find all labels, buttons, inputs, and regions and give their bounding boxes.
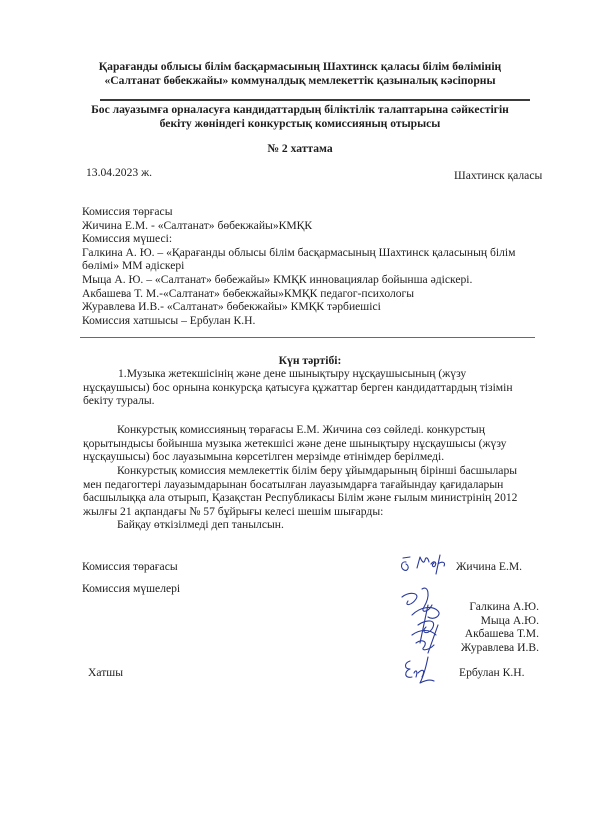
chair-label: Комиссия төрағасы	[82, 560, 178, 574]
member-name: Галкина А.Ю.	[445, 600, 539, 614]
agenda-item: 1.Музыка жетекшісінің және дене шынықтыр…	[83, 367, 513, 408]
commission-line: Комиссия хатшысы – Ербулан К.Н.	[82, 314, 515, 328]
paragraph-line: басшылыққа ала отырып, Қазақстан Республ…	[83, 491, 517, 505]
paragraph-line: қорытындысы бойынша музыка жетекшісі жән…	[83, 437, 506, 451]
secretary-name: Ербулан К.Н.	[459, 666, 525, 680]
member-name: Мыца А.Ю.	[445, 614, 539, 628]
commission-line: бөлімі» ММ әдіскері	[82, 259, 515, 273]
protocol-number: № 2 хаттама	[0, 142, 600, 156]
paragraph-line: Конкурстық комиссияның төрағасы Е.М. Жич…	[83, 423, 506, 437]
chair-signature-icon	[398, 552, 454, 578]
section-divider	[80, 337, 535, 338]
org-name-line-1: Қарағанды облысы білім басқармасының Шах…	[0, 60, 600, 74]
agenda-line: 1.Музыка жетекшісінің және дене шынықтыр…	[83, 367, 513, 381]
agenda-line: бекіту туралы.	[83, 394, 513, 408]
agenda-heading: Күн тәртібі:	[80, 354, 540, 368]
secretary-label: Хатшы	[88, 666, 123, 680]
paragraph-line: нұсқаушысы) бос лауазымына көрсетілген м…	[83, 450, 506, 464]
member-name: Акбашева Т.М.	[445, 627, 539, 641]
commission-line: Жичина Е.М. - «Салтанат» бөбекжайы»КМҚК	[82, 219, 515, 233]
commission-line: Галкина А. Ю. – «Қарағанды облысы білім …	[82, 246, 515, 260]
agenda-line: нұсқаушысы) бос орнына конкурсқа қатысуғ…	[83, 381, 513, 395]
members-label: Комиссия мүшелері	[82, 582, 180, 596]
members-names: Галкина А.Ю. Мыца А.Ю. Акбашева Т.М. Жур…	[445, 600, 539, 654]
paragraph-line: мен педагогтері лауазымдарынан босатылға…	[83, 478, 517, 492]
commission-composition: Комиссия төрғасы Жичина Е.М. - «Салтанат…	[82, 205, 515, 327]
paragraph-line: Конкурстық комиссия мемлекеттік білім бе…	[83, 464, 517, 478]
meeting-date: 13.04.2023 ж.	[86, 166, 152, 180]
commission-line: Журавлева И.В.- «Салтанат» бөбекжайы» КМ…	[82, 300, 515, 314]
commission-line: Комиссия мүшесі:	[82, 232, 515, 246]
member-name: Журавлева И.В.	[445, 641, 539, 655]
paragraph-line: жылғы 21 ақпандағы № 57 бұйрығы келесі ш…	[83, 505, 517, 519]
commission-line: Мыца А. Ю. – «Салтанат» бөбежайы» КМҚК и…	[82, 273, 515, 287]
commission-line: Акбашева Т. М.-«Салтанат» бөбекжайы»КМҚК…	[82, 287, 515, 301]
decision-text: Байқау өткізілмеді деп танылсын.	[83, 518, 517, 532]
commission-line: Комиссия төрғасы	[82, 205, 515, 219]
document-title-line-2: бекіту жөніндегі конкурстық комиссияның …	[0, 117, 600, 131]
secretary-signature-icon	[400, 655, 440, 689]
chair-name: Жичина Е.М.	[456, 560, 522, 574]
body-paragraph-1: Конкурстық комиссияның төрағасы Е.М. Жич…	[83, 423, 506, 464]
meeting-city: Шахтинск қаласы	[454, 169, 542, 183]
org-name-line-2: «Салтанат бөбекжайы» коммуналдық мемлеке…	[0, 74, 600, 88]
document-title-line-1: Бос лауазымға орналасуға кандидаттардың …	[0, 103, 600, 117]
body-paragraph-2: Конкурстық комиссия мемлекеттік білім бе…	[83, 464, 517, 532]
header-divider	[100, 99, 530, 101]
